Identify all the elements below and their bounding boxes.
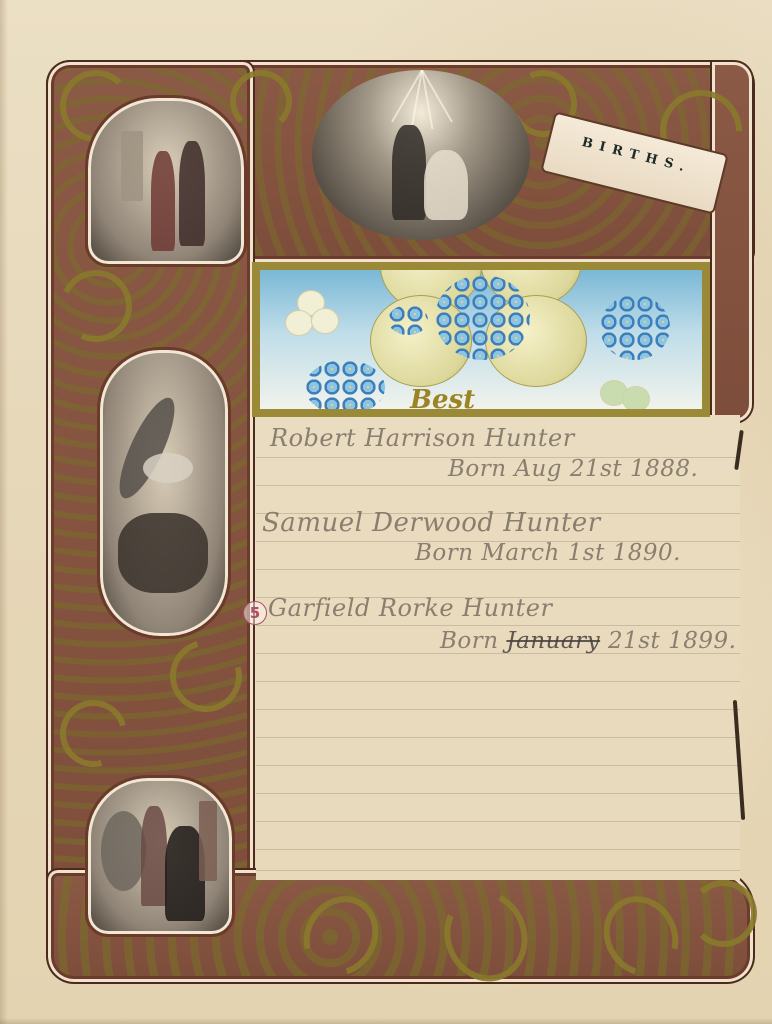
forget-me-not-cluster [435,275,530,360]
ruled-line [256,821,740,822]
joseph-figure [392,125,426,220]
card-caption: Best [410,385,475,409]
entry-3-struck-month: January [506,628,600,654]
entry-1-born: Born Aug 21st 1888. [448,456,698,482]
entry-number-badge: 5 [243,601,267,625]
gold-scroll-ornament [230,70,292,132]
urn-monument [141,806,167,906]
church-tower [199,801,217,881]
entry-2-date: March 1st 1890. [481,540,681,566]
born-label: Born [440,628,499,654]
ruled-line [256,569,740,570]
ruled-line [256,681,740,682]
entry-2-born: Born March 1st 1890. [415,540,681,566]
woman-figure [151,151,175,251]
entry-3-name: Garfield Rorke Hunter [268,594,552,622]
ruled-line [256,737,740,738]
angel-figure [143,453,193,483]
ruled-line [256,793,740,794]
card-picture: Best [260,270,702,409]
angel-wing [109,391,184,504]
ruled-line [256,870,740,871]
born-label: Born [415,540,474,566]
ruled-line [256,709,740,710]
entry-1-name: Robert Harrison Hunter [270,424,575,452]
man-figure [179,141,205,246]
ruled-line [256,485,740,486]
mourner-at-grave-illustration [88,778,232,934]
gold-scroll-ornament [690,880,757,947]
bible-births-page: BIRTHS. Best Robert Harrison Hu [0,0,772,1024]
born-label: Born [448,456,507,482]
mary-with-child-figure [424,150,468,220]
forget-me-not-cluster [305,360,385,409]
angel-guarding-child-illustration [100,350,228,636]
ruled-line [256,625,740,626]
forget-me-not-card: Best [252,262,710,417]
ruled-line [256,849,740,850]
entry-1-date: Aug 21st 1888. [514,456,698,482]
ruled-line [256,765,740,766]
church-tower [121,131,143,201]
entry-2-name: Samuel Derwood Hunter [262,508,601,538]
nativity-illustration [312,70,530,240]
willow-tree [101,811,146,891]
entry-3-born: Born January 21st 1899. [440,628,736,654]
child-in-bed [118,513,208,593]
entry-3-date: 21st 1899. [608,628,736,654]
forget-me-not-cluster [388,305,428,335]
forget-me-not-cluster [600,295,670,360]
couple-church-illustration [88,98,244,264]
